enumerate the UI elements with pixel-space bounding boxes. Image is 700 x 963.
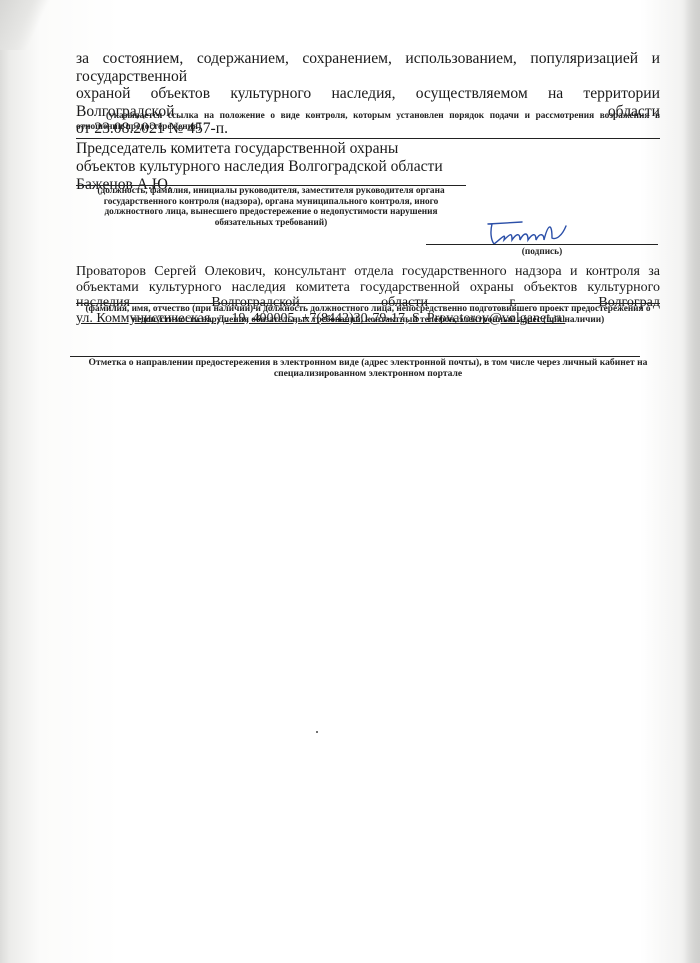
signature-line <box>426 244 658 245</box>
caption-reference: (указывается ссылка на положение о виде … <box>76 111 660 132</box>
scan-shadow-right <box>684 0 700 963</box>
scanned-page: за состоянием, содержанием, сохранением,… <box>0 0 700 963</box>
caption-contact: (фамилия, имя, отчество (при наличии) и … <box>76 304 660 325</box>
signature-caption: (подпись) <box>426 247 658 258</box>
caption-official: (должность, фамилия, инициалы руководите… <box>76 186 466 228</box>
main-paragraph-line-1: за состоянием, содержанием, сохранением,… <box>76 50 660 85</box>
scan-shadow-left <box>0 0 60 50</box>
scan-speck <box>316 731 318 733</box>
official-position-line-2: объектов культурного наследия Волгоградс… <box>76 158 466 176</box>
caption-electronic: Отметка о направлении предостережения в … <box>76 358 660 379</box>
official-position-line-1: Председатель комитета государственной ох… <box>76 140 466 158</box>
